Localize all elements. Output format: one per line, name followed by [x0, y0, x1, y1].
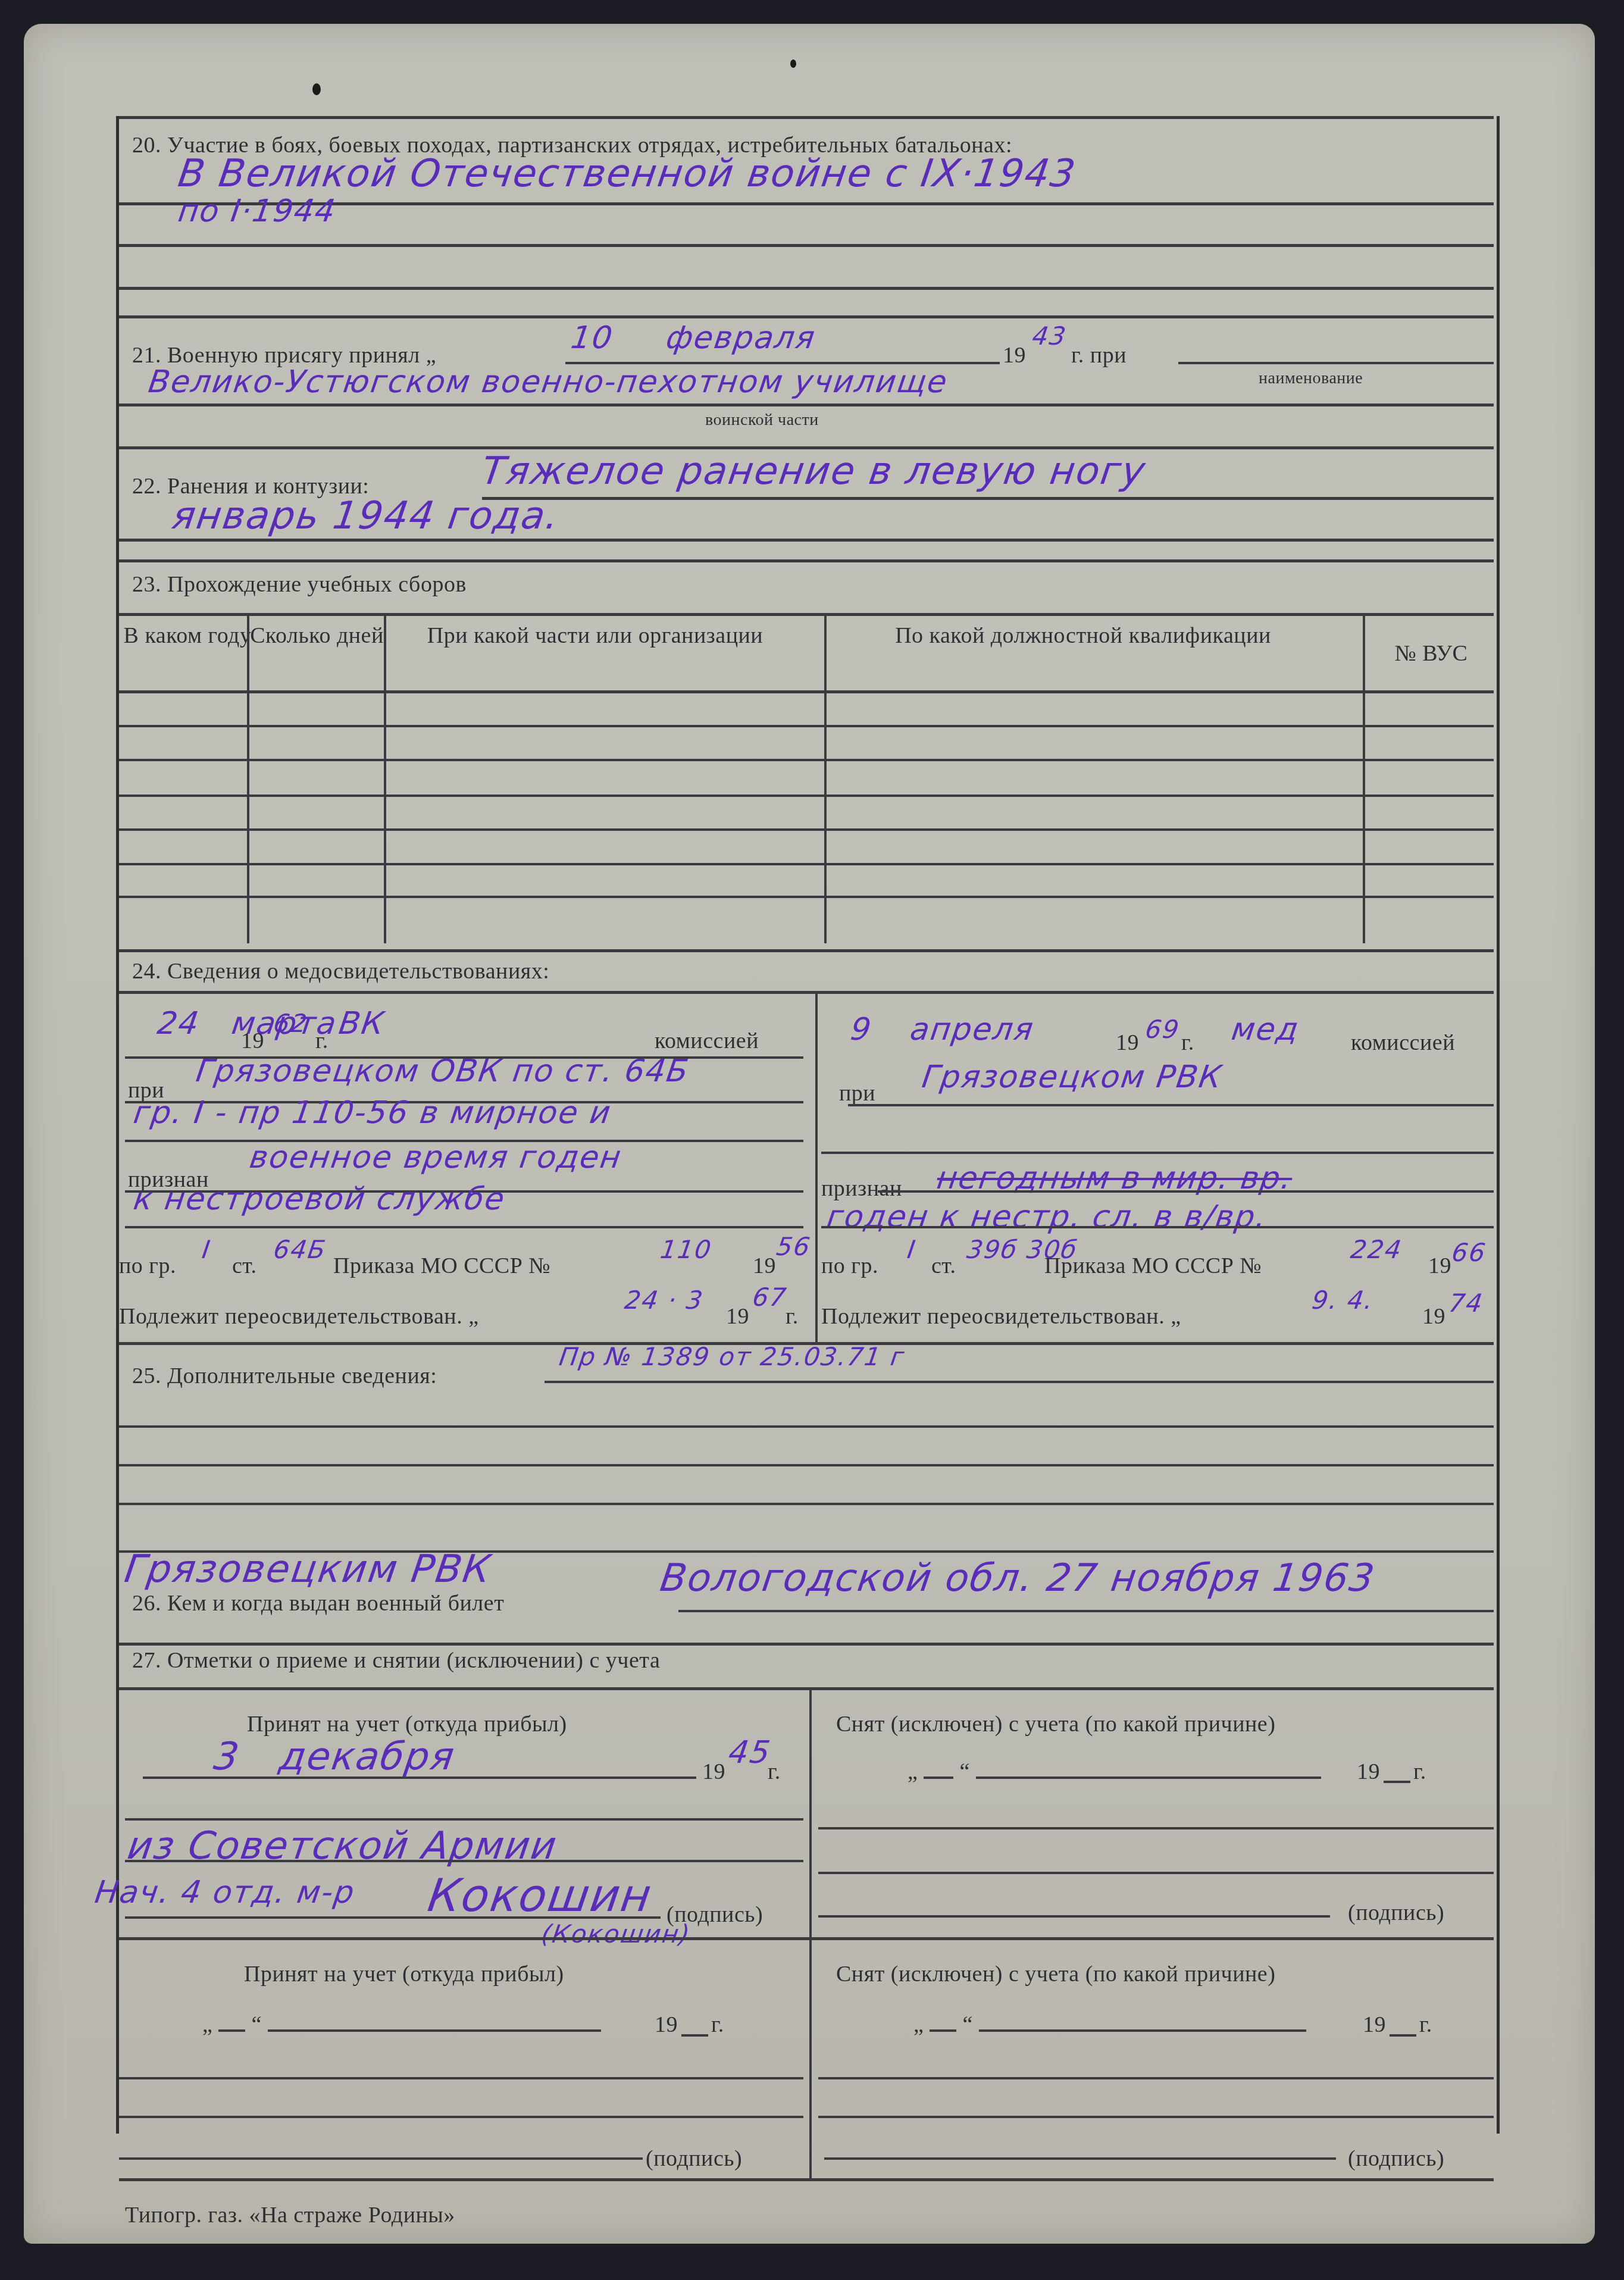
divider [119, 991, 1494, 994]
divider [119, 116, 1494, 119]
s27b3-g: г. [711, 2012, 724, 2038]
s24r-month: апреля [908, 1012, 1037, 1047]
printer-imprint: Типогр. газ. «На страже Родины» [125, 2202, 455, 2228]
col-divider [809, 1690, 812, 2178]
s24l-type: ВК [337, 1006, 387, 1042]
s24-label: 24. Сведения о медосвидетельствованиях: [132, 958, 549, 984]
underline [119, 2157, 643, 2160]
s24r-priznan: признан [821, 1175, 902, 1202]
underline [125, 1860, 803, 1862]
col-divider [384, 616, 386, 943]
s27b2-year-prefix: 19 [1357, 1759, 1380, 1785]
underline [818, 2116, 1494, 2118]
s25-label: 25. Дополнительные сведения: [132, 1363, 437, 1389]
s24r-order-year-prefix: 19 [1428, 1253, 1451, 1279]
s24l-commission: комиссией [655, 1028, 759, 1054]
s24r-recheck-year-prefix: 19 [1422, 1303, 1445, 1330]
table-row [119, 828, 1494, 831]
divider [119, 559, 1494, 562]
divider [119, 287, 1494, 290]
divider [119, 613, 1494, 616]
s27b4-g: г. [1419, 2012, 1432, 2038]
col-divider [824, 616, 827, 943]
s27-label: 27. Отметки о приеме и снятии (исключени… [132, 1647, 660, 1674]
s24r-year: 69 [1144, 1015, 1182, 1044]
s24r-line4: годен к нестр. сл. в в/вр. [825, 1199, 1269, 1235]
s27b1-year: 45 [727, 1735, 774, 1771]
s24l-year-prefix: 19 [241, 1028, 264, 1054]
s27b1-month: декабря [277, 1735, 458, 1779]
s24r-pri: при [839, 1080, 875, 1106]
s22-value-line2: январь 1944 года. [170, 494, 562, 538]
s21-caption-right: наименование [1259, 369, 1363, 388]
s24l-line4: к нестроевой службе [132, 1181, 508, 1217]
underline [678, 1610, 1494, 1612]
s24l-recheck-label: Подлежит переосвидетельствован. „ [119, 1303, 479, 1330]
underline [818, 1872, 1494, 1874]
underline [125, 1226, 803, 1228]
s24r-recheck-value: 9. 4. [1310, 1286, 1376, 1315]
s24l-recheck-g: г. [786, 1303, 799, 1330]
divider [119, 949, 1494, 952]
s24r-type: мед [1229, 1012, 1302, 1047]
underline [821, 1152, 1494, 1154]
s23-col-vus: № ВУС [1369, 637, 1494, 670]
s22-value-line1: Тяжелое ранение в левую ногу [479, 449, 1149, 493]
s21-year-g: г. при [1071, 342, 1127, 368]
s27b2-title: Снят (исключен) с учета (по какой причин… [836, 1711, 1275, 1737]
underline [818, 1915, 1330, 1918]
underline [821, 1226, 1494, 1228]
s27b1-year-prefix: 19 [702, 1759, 725, 1785]
table-row [119, 896, 1494, 898]
underline [818, 1827, 1494, 1829]
divider [119, 2178, 1494, 2181]
underline [119, 2077, 803, 2079]
s26-label: 26. Кем и когда выдан военный билет [132, 1590, 504, 1616]
underline [681, 2034, 708, 2037]
s27b1-title: Принят на учет (откуда прибыл) [247, 1711, 567, 1737]
s24l-line2: гр. I - пр 110-56 в мирное и [132, 1095, 614, 1131]
s24l-priznan-value: военное время годен [248, 1140, 624, 1175]
underline [824, 2157, 1336, 2160]
s24l-po-gr: по гр. [119, 1253, 176, 1279]
s21-year-prefix: 19 [1003, 342, 1026, 368]
underline [545, 1381, 1494, 1383]
divider [119, 1643, 1494, 1646]
underline [125, 1818, 803, 1821]
divider [119, 539, 1494, 542]
s24r-commission: комиссией [1351, 1030, 1455, 1056]
s23-col-days: Сколько дней [250, 619, 384, 652]
s26-value-top: Грязовецким РВК [122, 1547, 495, 1591]
s24l-order-no: 110 [659, 1235, 714, 1264]
punch-hole [312, 83, 321, 95]
s27b1-line2: Нач. 4 отд. м-р [93, 1875, 358, 1910]
s23-label: 23. Прохождение учебных сборов [132, 571, 467, 598]
table-row [119, 759, 1494, 761]
s24l-recheck-year-prefix: 19 [726, 1303, 749, 1330]
table-row [119, 863, 1494, 865]
s24r-order-no: 224 [1349, 1235, 1404, 1264]
underline [143, 1777, 696, 1779]
divider [119, 1503, 1494, 1505]
underline [1178, 362, 1494, 364]
s24r-order: Приказа МО СССР № [1044, 1253, 1262, 1279]
underline [482, 497, 1494, 500]
s20-value-line2: по I·1944 [176, 193, 339, 229]
s27b1-g: г. [768, 1759, 781, 1785]
s21-day: 10 [569, 320, 616, 356]
s27b4-sign-label: (подпись) [1348, 2145, 1444, 2172]
s27b3-year-prefix: 19 [655, 2012, 678, 2038]
punch-hole [790, 60, 796, 68]
s24l-recheck-value: 24 · 3 [623, 1286, 706, 1315]
s27b2-sign-label: (подпись) [1348, 1900, 1444, 1926]
s21-year: 43 [1031, 321, 1069, 351]
divider [119, 1425, 1494, 1428]
divider [119, 315, 1494, 318]
s20-value-line1: В Великой Отечественной войне с IX·1943 [176, 152, 1079, 196]
table-row [119, 795, 1494, 797]
underline [818, 2077, 1494, 2079]
underline [1390, 2034, 1416, 2037]
s27b4-year-prefix: 19 [1363, 2012, 1386, 2038]
underline [119, 2116, 803, 2118]
s23-col-year: В каком году [119, 619, 256, 652]
s24l-order: Приказа МО СССР № [333, 1253, 550, 1279]
s27b4-title: Снят (исключен) с учета (по какой причин… [836, 1961, 1275, 1987]
s24l-year: 62 [272, 1009, 310, 1038]
s24r-st: ст. [931, 1253, 956, 1279]
s27b2-date: „ “ [908, 1759, 1321, 1785]
divider [119, 1687, 1494, 1690]
s21-unit: Велико-Устюгском военно-пехотном училище [146, 364, 950, 400]
s24r-po-gr: по гр. [821, 1253, 878, 1279]
s23-col-unit: При какой части или организации [417, 619, 774, 652]
s24l-recheck-year: 67 [751, 1283, 789, 1312]
s24l-st: ст. [232, 1253, 257, 1279]
s25-value: Пр № 1389 от 25.03.71 г [558, 1342, 908, 1371]
s24l-day: 24 [155, 1006, 202, 1042]
s21-month: февраля [664, 320, 818, 356]
s27b3-title: Принят на учет (откуда прибыл) [244, 1961, 564, 1987]
s27b2-g: г. [1413, 1759, 1426, 1785]
s24r-pri-value: Грязовецком РВК [920, 1059, 1225, 1095]
s23-col-qualification: По какой должностной квалификации [851, 619, 1315, 652]
underline [125, 1916, 661, 1919]
s21-caption-below: воинской части [705, 411, 819, 430]
table-row [119, 725, 1494, 727]
s27b1-sign-name: (Кокошин) [540, 1919, 693, 1949]
s24r-order-year: 66 [1450, 1238, 1488, 1267]
s24l-order-year-prefix: 19 [753, 1253, 776, 1279]
s24l-order-year: 56 [775, 1232, 813, 1261]
divider [119, 1937, 1494, 1940]
col-divider [815, 994, 818, 1345]
divider [119, 244, 1494, 247]
s27b1-signature: Кокошин [425, 1869, 656, 1922]
s24l-g: г. [315, 1028, 328, 1054]
s24r-year-prefix: 19 [1116, 1030, 1139, 1056]
s24l-st-value: 64Б [272, 1235, 328, 1264]
divider [119, 1464, 1494, 1466]
s26-value-right: Вологодской обл. 27 ноября 1963 [658, 1556, 1378, 1600]
s24r-g: г. [1181, 1030, 1194, 1056]
s24r-recheck-label: Подлежит переосвидетельствован. „ [821, 1303, 1181, 1330]
underline [878, 1190, 1494, 1193]
s24r-recheck-year: 74 [1447, 1288, 1485, 1318]
divider [119, 690, 1494, 693]
s27b4-date: „ “ [913, 2012, 1306, 2038]
underline [1384, 1781, 1410, 1783]
s24l-pri-value: Грязовецком ОВК по ст. 64Б [194, 1053, 691, 1089]
s27b3-date: „ “ [202, 2012, 601, 2038]
col-divider [247, 616, 249, 943]
divider [119, 404, 1494, 406]
underline [848, 1104, 1494, 1106]
col-divider [1363, 616, 1365, 943]
s27b3-sign-label: (подпись) [646, 2145, 742, 2172]
